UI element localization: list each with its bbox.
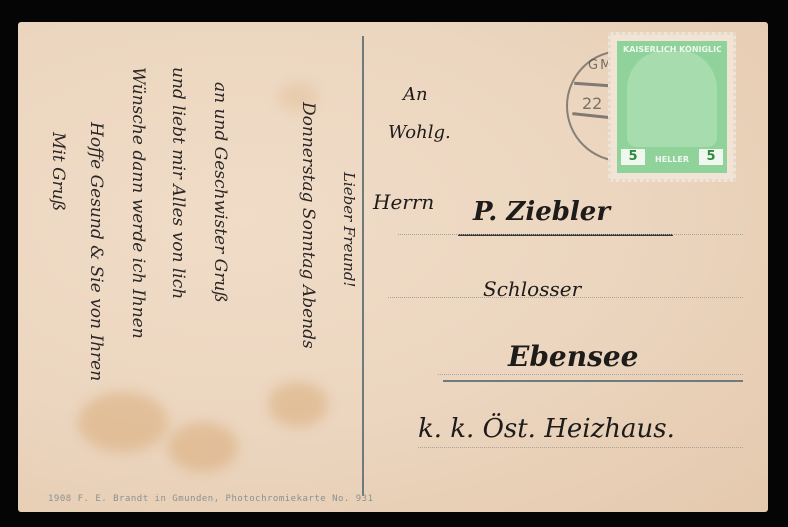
publisher-imprint: 1908 F. E. Brandt in Gmunden, Photochrom… — [48, 494, 374, 504]
stamp-portrait — [627, 51, 717, 147]
message-line: Mit Gruß — [48, 132, 68, 211]
stain — [168, 422, 238, 472]
stamp-denomination: HELLER — [653, 155, 691, 164]
address-line1: An — [403, 84, 428, 105]
city-underline — [443, 380, 743, 382]
postage-stamp: KAISERLICH KÖNIGLICHE ÖSTERREICHISCHE 5 … — [608, 32, 736, 182]
center-divider — [362, 36, 364, 496]
stamp-text: KAISERLICH KÖNIGLICHE ÖSTERREICHISCHE — [623, 45, 721, 54]
postmark-date: 22 — [582, 94, 602, 113]
message-line: und liebt mir Alles von lich — [168, 67, 188, 299]
address-line2: Wohlg. — [388, 122, 451, 143]
message-line: an und Geschwister Gruß — [210, 82, 230, 303]
recipient-name: P. Ziebler — [473, 197, 610, 227]
stamp-value-left: 5 — [621, 149, 645, 165]
recipient-district: k. k. Öst. Heizhaus. — [418, 414, 675, 444]
address-rule — [418, 447, 743, 448]
stamp-face: KAISERLICH KÖNIGLICHE ÖSTERREICHISCHE 5 … — [617, 41, 727, 173]
address-rule — [398, 234, 743, 235]
stain — [268, 382, 328, 427]
address-rule — [388, 297, 743, 298]
address-rule — [438, 374, 743, 375]
message-line: Wünsche dann werde ich Ihnen — [128, 67, 148, 339]
stain — [78, 392, 168, 452]
message-line: Lieber Freund! — [340, 172, 358, 287]
postcard: Mit Gruß Hoffe Gesund & Sie von Ihren Wü… — [18, 22, 768, 512]
recipient-city: Ebensee — [508, 340, 638, 373]
address-salutation: Herrn — [373, 190, 434, 214]
stamp-value-right: 5 — [699, 149, 723, 165]
message-line: Donnerstag Sonntag Abends — [298, 102, 318, 349]
message-line: Hoffe Gesund & Sie von Ihren — [86, 122, 106, 381]
